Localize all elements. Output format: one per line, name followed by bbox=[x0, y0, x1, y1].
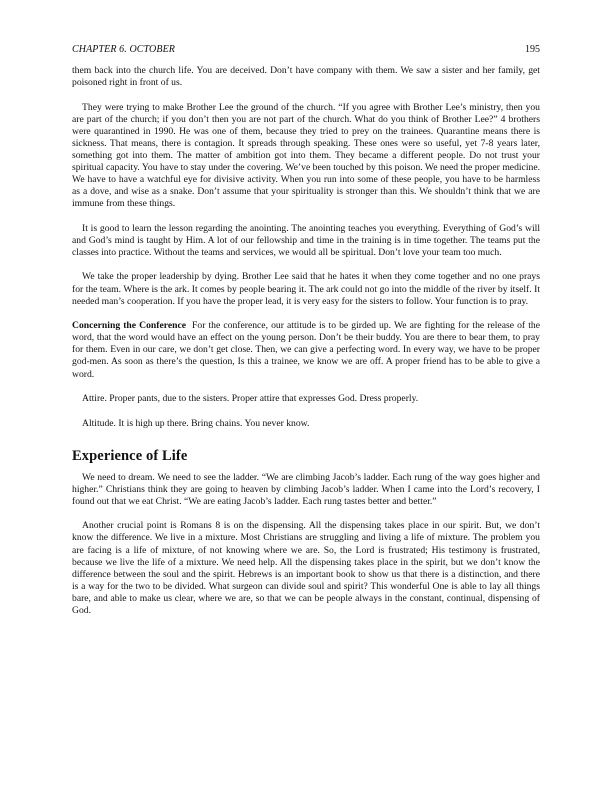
paragraph-altitude: Altitude. It is high up there. Bring cha… bbox=[72, 418, 540, 430]
running-header: CHAPTER 6. OCTOBER 195 bbox=[72, 44, 540, 58]
paragraph-leadership: We take the proper leadership by dying. … bbox=[72, 271, 540, 307]
paragraph-ground-of-church: They were trying to make Brother Lee the… bbox=[72, 102, 540, 211]
paragraph-continued: them back into the church life. You are … bbox=[72, 65, 540, 89]
paragraph-conference: Concerning the ConferenceFor the confere… bbox=[72, 320, 540, 380]
page-number: 195 bbox=[525, 44, 540, 55]
chapter-title: CHAPTER 6. OCTOBER bbox=[72, 44, 175, 55]
paragraph-dispensing: Another crucial point is Romans 8 is on … bbox=[72, 520, 540, 617]
section-heading-experience-of-life: Experience of Life bbox=[72, 450, 540, 462]
paragraph-attire: Attire. Proper pants, due to the sisters… bbox=[72, 393, 540, 405]
paragraph-heading-conference: Concerning the Conference bbox=[72, 320, 186, 331]
paragraph-jacobs-ladder: We need to dream. We need to see the lad… bbox=[72, 472, 540, 508]
body-text: them back into the church life. You are … bbox=[72, 65, 540, 630]
paragraph-anointing: It is good to learn the lesson regarding… bbox=[72, 223, 540, 259]
